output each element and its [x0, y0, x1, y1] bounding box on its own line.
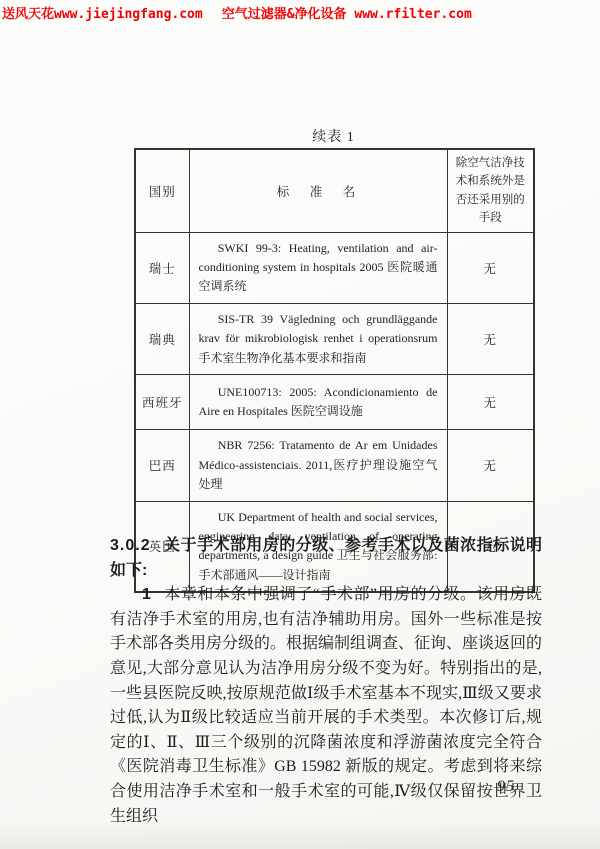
table-row-spain: 西班牙 UNE100713: 2005: Acondicionamiento d…: [135, 375, 534, 430]
page-number: 95: [497, 778, 515, 796]
table-row-sweden: 瑞典 SIS-TR 39 Vägledning och grundläggand…: [135, 303, 534, 374]
standard-name-cell: UNE100713: 2005: Acondicionamiento de Ai…: [189, 375, 447, 430]
column-header-other-means: 除空气洁净技术和系统外是否还采用别的手段: [447, 149, 534, 232]
column-header-country: 国别: [135, 149, 189, 232]
standard-name-cell: NBR 7256: Tratamento de Ar em Unidades M…: [189, 430, 447, 501]
explanation-paragraph-1: 1本章和本条中强调了“手术部”用房的分级。该用房既有洁净手术室的用房,也有洁净辅…: [110, 583, 542, 829]
table-header-row: 国别 标 准 名 除空气洁净技术和系统外是否还采用别的手段: [135, 149, 534, 232]
country-cell: 瑞士: [135, 232, 189, 303]
item-text: 本章和本条中强调了“手术部”用房的分级。该用房既有洁净手术室的用房,也有洁净辅助…: [110, 586, 542, 824]
clause-title: 关于手术部用房的分级、参考手术以及菌浓指标说明如下:: [110, 537, 542, 579]
scanned-document-page: 送风天花www.jiejingfang.com 空气过滤器&净化设备 www.r…: [0, 0, 600, 849]
country-cell: 西班牙: [135, 375, 189, 430]
item-number: 1: [142, 586, 151, 603]
country-cell: 瑞典: [135, 303, 189, 374]
watermark-url-left: 送风天花www.jiejingfang.com: [2, 3, 203, 22]
other-means-cell: 无: [447, 375, 534, 430]
watermark-header: 送风天花www.jiejingfang.com 空气过滤器&净化设备 www.r…: [2, 3, 472, 22]
standards-table: 国别 标 准 名 除空气洁净技术和系统外是否还采用别的手段 瑞士 SWKI 99…: [134, 148, 535, 593]
watermark-url-right: 空气过滤器&净化设备 www.rfilter.com: [222, 3, 472, 22]
other-means-cell: 无: [447, 232, 534, 303]
standard-name-cell: SWKI 99-3: Heating, ventilation and air-…: [189, 232, 447, 303]
table-row-switzerland: 瑞士 SWKI 99-3: Heating, ventilation and a…: [135, 232, 534, 303]
other-means-cell: 无: [447, 303, 534, 374]
table-caption: 续表 1: [134, 126, 533, 146]
column-header-standard: 标 准 名: [189, 149, 447, 232]
standard-name-cell: SIS-TR 39 Vägledning och grundläggande k…: [189, 303, 447, 374]
country-cell: 巴西: [135, 430, 189, 501]
other-means-cell: 无: [447, 430, 534, 501]
clause-explanation-text: 3.0.2关于手术部用房的分级、参考手术以及菌浓指标说明如下: 1本章和本条中强…: [110, 534, 542, 829]
clause-number: 3.0.2: [110, 537, 151, 554]
table-row-brazil: 巴西 NBR 7256: Tratamento de Ar em Unidade…: [135, 430, 534, 501]
clause-heading: 3.0.2关于手术部用房的分级、参考手术以及菌浓指标说明如下:: [110, 534, 542, 583]
